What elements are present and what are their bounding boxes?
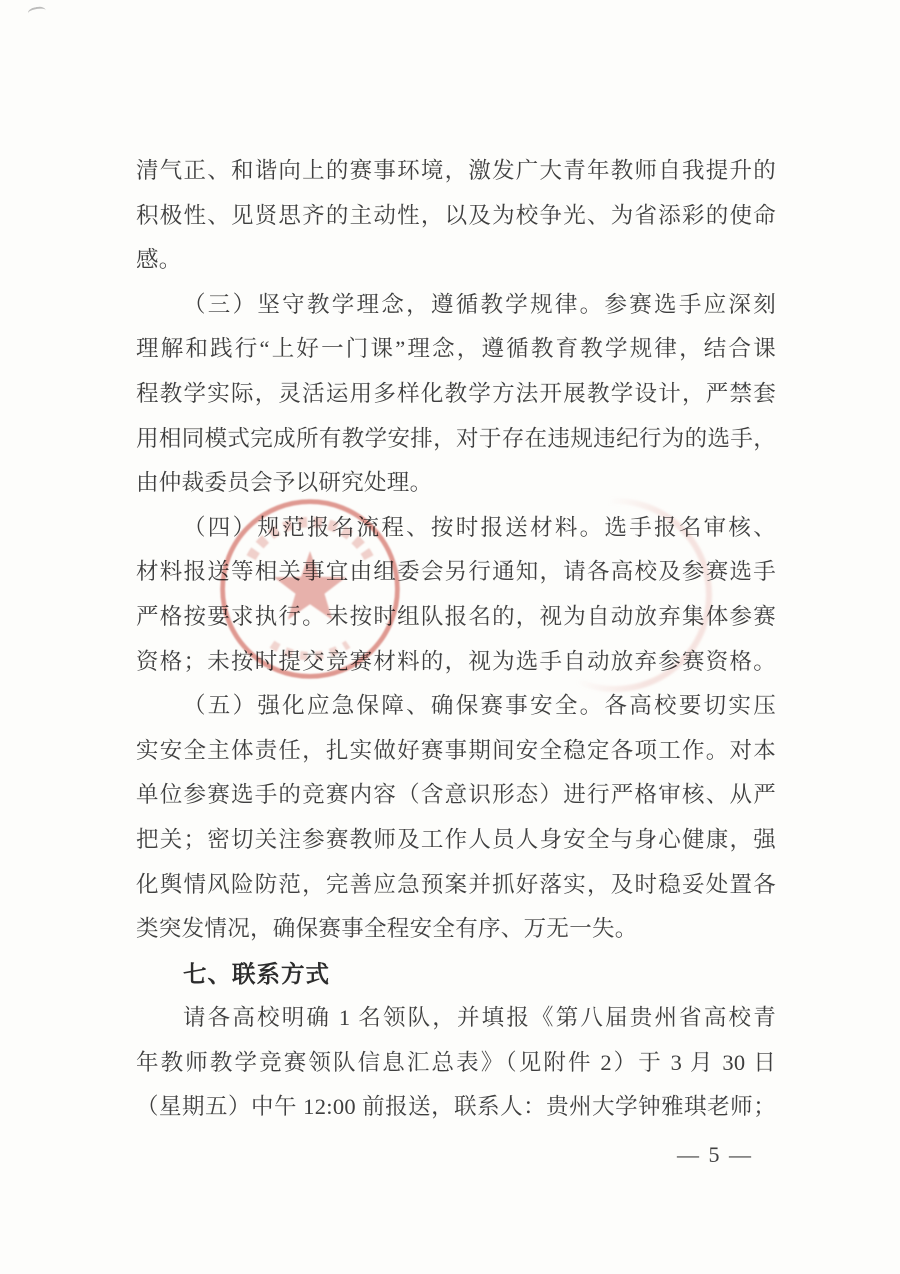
text-line: 由仲裁委员会予以研究处理。	[136, 461, 776, 506]
document-body: 清气正、和谐向上的赛事环境，激发广大青年教师自我提升的积极性、见贤思齐的主动性，…	[136, 149, 776, 1130]
text-line: （三）坚守教学理念，遵循教学规律。参赛选手应深刻	[136, 283, 776, 328]
text-line: 请各高校明确 1 名领队，并填报《第八届贵州省高校青	[136, 996, 776, 1041]
text-line: 理解和践行“上好一门课”理念，遵循教育教学规律，结合课	[136, 327, 776, 372]
text-line: 材料报送等相关事宜由组委会另行通知，请各高校及参赛选手	[136, 550, 776, 595]
text-line: 清气正、和谐向上的赛事环境，激发广大青年教师自我提升的	[136, 149, 776, 194]
text-line: 实安全主体责任，扎实做好赛事期间安全稳定各项工作。对本	[136, 729, 776, 774]
text-line: 用相同模式完成所有教学安排，对于存在违规违纪行为的选手，	[136, 417, 776, 462]
text-line: 积极性、见贤思齐的主动性，以及为校争光、为省添彩的使命	[136, 194, 776, 239]
para-continuation: 清气正、和谐向上的赛事环境，激发广大青年教师自我提升的积极性、见贤思齐的主动性，…	[136, 149, 776, 283]
text-line: （星期五）中午 12:00 前报送，联系人：贵州大学钟雅琪老师；	[136, 1085, 776, 1130]
text-line: 类突发情况，确保赛事全程安全有序、万无一失。	[136, 907, 776, 952]
scan-artifact-mark	[27, 6, 47, 20]
text-line: （五）强化应急保障、确保赛事安全。各高校要切实压	[136, 684, 776, 729]
text-line: 感。	[136, 238, 776, 283]
text-line: 严格按要求执行。未按时组队报名的，视为自动放弃集体参赛	[136, 595, 776, 640]
para-item-5: （五）强化应急保障、确保赛事安全。各高校要切实压实安全主体责任，扎实做好赛事期间…	[136, 684, 776, 952]
text-line: 七、联系方式	[136, 952, 776, 997]
text-line: （四）规范报名流程、按时报送材料。选手报名审核、	[136, 506, 776, 551]
text-line: 化舆情风险防范，完善应急预案并抓好落实，及时稳妥处置各	[136, 863, 776, 908]
para-item-3: （三）坚守教学理念，遵循教学规律。参赛选手应深刻理解和践行“上好一门课”理念，遵…	[136, 283, 776, 506]
text-line: 把关；密切关注参赛教师及工作人员人身安全与身心健康，强	[136, 818, 776, 863]
text-line: 年教师教学竞赛领队信息汇总表》（见附件 2）于 3 月 30 日	[136, 1041, 776, 1086]
para-contact: 请各高校明确 1 名领队，并填报《第八届贵州省高校青年教师教学竞赛领队信息汇总表…	[136, 996, 776, 1130]
heading-contact: 七、联系方式	[136, 952, 776, 997]
text-line: 资格；未按时提交竞赛材料的，视为选手自动放弃参赛资格。	[136, 640, 776, 685]
page-number: — 5 —	[660, 1142, 770, 1168]
text-line: 单位参赛选手的竞赛内容（含意识形态）进行严格审核、从严	[136, 773, 776, 818]
para-item-4: （四）规范报名流程、按时报送材料。选手报名审核、材料报送等相关事宜由组委会另行通…	[136, 506, 776, 684]
text-line: 程教学实际，灵活运用多样化教学方法开展教学设计，严禁套	[136, 372, 776, 417]
scanned-document-page: 清气正、和谐向上的赛事环境，激发广大青年教师自我提升的积极性、见贤思齐的主动性，…	[0, 0, 900, 1274]
